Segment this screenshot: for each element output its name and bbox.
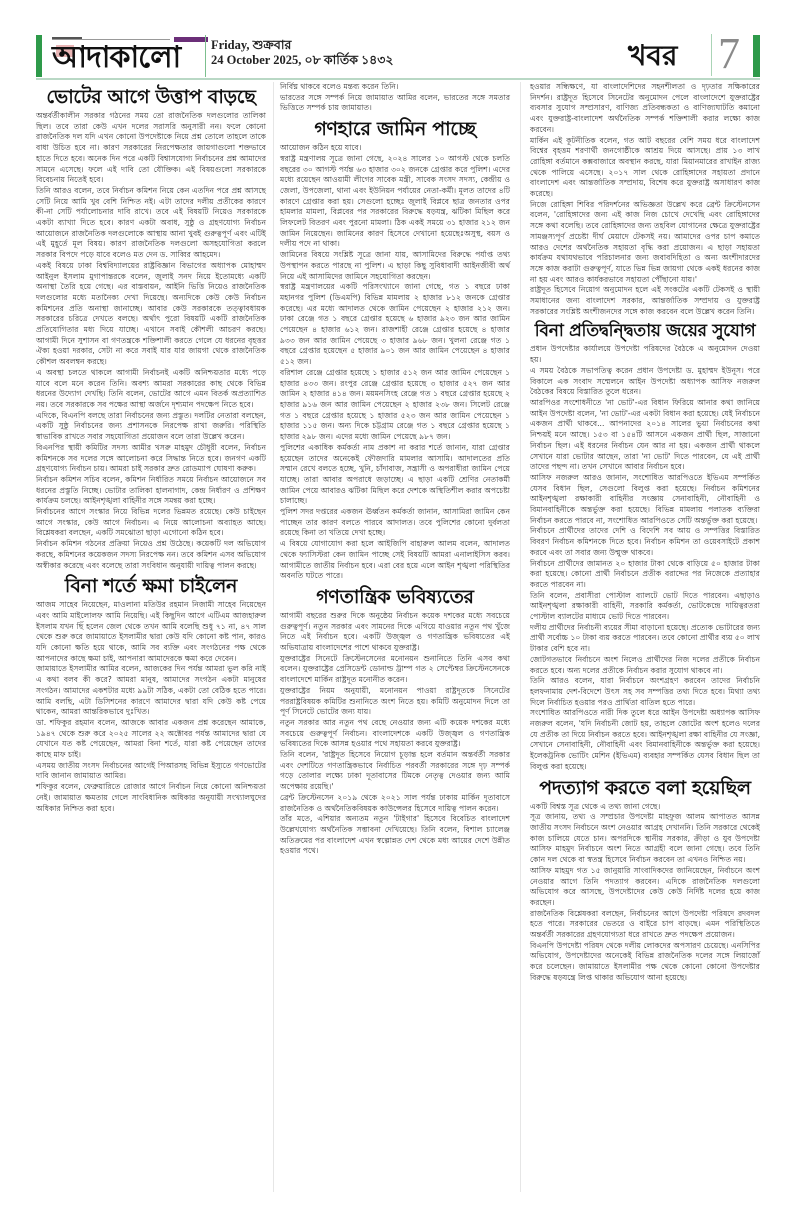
column-1: ভোটের আগে উত্তাপ বাড়ছে অন্তর্বর্তীকালীন… <box>36 82 266 814</box>
date-line: 24 October 2025, ০৮ কার্তিক ১৪৩২ <box>211 53 394 68</box>
paragraph: যুক্তরাষ্ট্রের সিনেটে ক্রিস্টেনসেনের মনো… <box>280 654 510 686</box>
paragraph: বিএনপির স্থায়ী কমিটির সদস্য আমীর খসরু ম… <box>36 443 266 475</box>
column-3: হওয়ার সন্ধিক্ষণে, যা বাংলাদেশিদের সহনশী… <box>530 82 760 984</box>
paragraph: আসিফ নজরুল আরও জানান, সংশোধিত আরপিওতে ইভ… <box>530 473 760 527</box>
paragraph: জামিনের বিষয়ে সংশ্লিষ্ট সূত্রে জানা যায… <box>280 250 510 282</box>
paragraph: পুলিশের একাধিক কর্মকর্তা নাম প্রকাশ না ক… <box>280 443 510 507</box>
paragraph: নির্বাচনে প্রার্থীদের জামানত ২০ হাজার টা… <box>530 559 760 591</box>
section-title: খবর <box>628 34 677 81</box>
masthead: আদাকালো Friday, শুক্রবার 24 October 2025… <box>0 0 792 78</box>
paragraph: সংশোধিত আরপিওতে নারী দিক তুলে ধরে আইন উপ… <box>530 708 760 772</box>
article-apology: বিনা শর্তে ক্ষমা চাইলেন আজম সাহেব নিয়েছ… <box>36 574 266 814</box>
paragraph: তিনি বলেন, প্রবাসীরা পোস্টাল ব্যালটে ভোট… <box>530 591 760 623</box>
page-number: 7 <box>718 30 740 78</box>
paragraph: নতুন সরকার আর নতুন পথ বেছে নেওয়ার জন্য … <box>280 718 510 750</box>
paragraph: আসিফ মাহমুদ গত ১৫ জানুয়ারি সাংবাদিকদের … <box>530 866 760 909</box>
paragraph: এ অবস্থা চলতে থাকলে আগামী নির্বাচনই একটি… <box>36 368 266 411</box>
paragraph: সূত্র জানায়, তথ্য ও সম্প্রচার উপদেষ্টা … <box>530 812 760 866</box>
paragraph: নির্বিঘ্ন থাকবে বলেও মন্তব্য করেন তিনি। <box>280 82 510 93</box>
headline: গণতান্ত্রিক ভবিষ্যতের <box>280 585 510 609</box>
logo-text: আদাকালো <box>52 41 180 75</box>
paragraph: পুলিশ সদর দপ্তরের একজন ঊর্ধ্বতন কর্মকর্ত… <box>280 507 510 539</box>
paragraph: বরিশাল রেঞ্জে গ্রেপ্তার হয়েছে ১ হাজার ৫… <box>280 368 510 443</box>
paragraph: আজম সাহেব নিয়েছেন, মাওলানা মতিউর রহমান … <box>36 600 266 664</box>
paragraph: প্রধান উপদেষ্টার কার্যালয়ে উপদেষ্টা পরি… <box>530 344 760 365</box>
paragraph: মার্কিন এই কূটনীতিক বলেন, গত আট বছরের বে… <box>530 136 760 200</box>
article-democratic-future: গণতান্ত্রিক ভবিষ্যতের আগামী বছরের শুরুর … <box>280 585 510 857</box>
paragraph: এ বিষয়ে যোগাযোগ করা হলে আইজিপি বাহারুল … <box>280 539 510 582</box>
article-resignation: পদত্যাগ করতে বলা হয়েছিল একটি বিশ্বস্ত স… <box>530 776 760 984</box>
page-accent-bar <box>753 35 760 77</box>
logo-divider <box>205 35 206 77</box>
paragraph: নির্বাচনের আগে সংস্কার নিয়ে বিভিন্ন দলে… <box>36 507 266 539</box>
column-divider <box>273 82 274 1192</box>
article-voter-heat: ভোটের আগে উত্তাপ বাড়ছে অন্তর্বর্তীকালীন… <box>36 85 266 571</box>
header-rule <box>36 78 760 80</box>
paragraph: শফিকুর বলেন, ফেব্রুয়ারিতে রোজার আগে নির… <box>36 782 266 814</box>
paragraph: অন্তর্বর্তীকালীন সরকার গঠনের সময় তো রাজ… <box>36 111 266 186</box>
date-block: Friday, শুক্রবার 24 October 2025, ০৮ কার… <box>211 38 394 68</box>
paragraph: ভারতের সঙ্গে সম্পর্ক নিয়ে জামায়াত আমির… <box>280 93 510 114</box>
paragraph: ব্রেন্ট ক্রিস্টেনসেন ২০১৯ থেকে ২০২১ সাল … <box>280 793 510 814</box>
paragraph: স্বরাষ্ট্র মন্ত্রণালয়ের একটি পরিসংখ্যান… <box>280 282 510 368</box>
paragraph: রাজনৈতিক বিশ্লেষকরা বলছেন, নির্বাচনের আগ… <box>530 909 760 941</box>
paragraph: জোটগতভাবে নির্বাচনে অংশ নিলেও প্রার্থীদে… <box>530 655 760 676</box>
paragraph: এদিকে, বিএনপি বলছে তারা নির্বাচনের জন্য … <box>36 411 266 443</box>
paragraph: তাঁর মতে, এশিয়ার অন্যতম নতুন 'টাইগার' হ… <box>280 814 510 857</box>
headline: পদত্যাগ করতে বলা হয়েছিল <box>530 776 760 800</box>
paragraph: জামায়াতে ইসলামীর আমির বলেন, আজকের দিন প… <box>36 664 266 718</box>
paragraph: হওয়ার সন্ধিক্ষণে, যা বাংলাদেশিদের সহনশী… <box>530 82 760 136</box>
section-divider <box>711 34 712 76</box>
paragraph: আগামী বছরের শুরুর দিকে অনুষ্ঠেয় নির্বাচ… <box>280 611 510 654</box>
headline: ভোটের আগে উত্তাপ বাড়ছে <box>36 85 266 109</box>
article-mass-bail: নির্বিঘ্ন থাকবে বলেও মন্তব্য করেন তিনি। … <box>280 82 510 582</box>
paragraph: এসময় জাতীয় সংসদ নির্বাচনের আগেই পিআরসহ… <box>36 761 266 782</box>
headline: বিনা শর্তে ক্ষমা চাইলেন <box>36 574 266 598</box>
paragraph: আয়োজন কঠিন হয়ে যাবে। <box>280 143 510 154</box>
headline: বিনা প্রতিদ্বন্দ্বিতায় জয়ের সুযোগ <box>530 320 760 342</box>
column-divider <box>520 82 521 1192</box>
paragraph: একটি বিশ্বস্ত সূত্র থেকে এ তথ্য জানা গেছ… <box>530 802 760 813</box>
paragraph: নির্বাচন কমিশন গঠনের প্রক্রিয়া নিয়েও প… <box>36 539 266 571</box>
paragraph: যুক্তরাষ্ট্রের নিয়ম অনুযায়ী, মনোনয়ন প… <box>280 686 510 718</box>
paragraph: একই বিষয়ে ঢাকা বিশ্ববিদ্যালয়ের রাষ্ট্র… <box>36 261 266 368</box>
paragraph: তিনি বলেন, 'রাষ্ট্রদূত হিসেবে নিয়োগ চূড… <box>280 750 510 793</box>
paragraph: আরপিওর সংশোধনীতে 'না ভোট'-এর বিধান ফিরিয… <box>530 398 760 473</box>
article-uncontested: বিনা প্রতিদ্বন্দ্বিতায় জয়ের সুযোগ প্রধ… <box>530 320 760 772</box>
paragraph: তিনি আরও বলেন, তবে নির্বাচন কমিশন নিয়ে … <box>36 186 266 261</box>
paragraph: এ সময় বৈঠকে সভাপতিত্ব করেন প্রধান উপদেষ… <box>530 366 760 398</box>
paragraph: ডা. শফিকুর রহমান বলেন, আজকে আবার একজন প্… <box>36 718 266 761</box>
paragraph: দলীয় প্রার্থীদের নির্বাচনী ব্যয়ের সীমা… <box>530 623 760 655</box>
paragraph: নিজে রোহিঙ্গা শিবির পরিদর্শনের অভিজ্ঞতা … <box>530 200 760 286</box>
column-2: নির্বিঘ্ন থাকবে বলেও মন্তব্য করেন তিনি। … <box>280 82 510 857</box>
headline: গণহারে জামিন পাচ্ছে <box>280 117 510 141</box>
paragraph: তিনি আরও বলেন, যারা নির্বাচনে অংশগ্রহণ ক… <box>530 676 760 708</box>
paragraph: বিএনপি উপদেষ্টা পরিষদ থেকে দলীয় লোকদের … <box>530 941 760 984</box>
paragraph: রাষ্ট্রদূত হিসেবে নিয়োগ অনুমোদন হলে এই … <box>530 285 760 317</box>
day-line: Friday, শুক্রবার <box>211 38 394 53</box>
paragraph: নির্বাচন কমিশন সচিব বলেন, কমিশন নির্ধারি… <box>36 475 266 507</box>
newspaper-logo: আদাকালো <box>36 35 212 77</box>
paragraph: নির্বাচনে প্রার্থীদের তাদের দেশি ও বিদেশ… <box>530 526 760 558</box>
paragraph: স্বরাষ্ট্র মন্ত্রণালয় সূত্রে জানা গেছে,… <box>280 154 510 250</box>
article-rohingya-continued: হওয়ার সন্ধিক্ষণে, যা বাংলাদেশিদের সহনশী… <box>530 82 760 317</box>
